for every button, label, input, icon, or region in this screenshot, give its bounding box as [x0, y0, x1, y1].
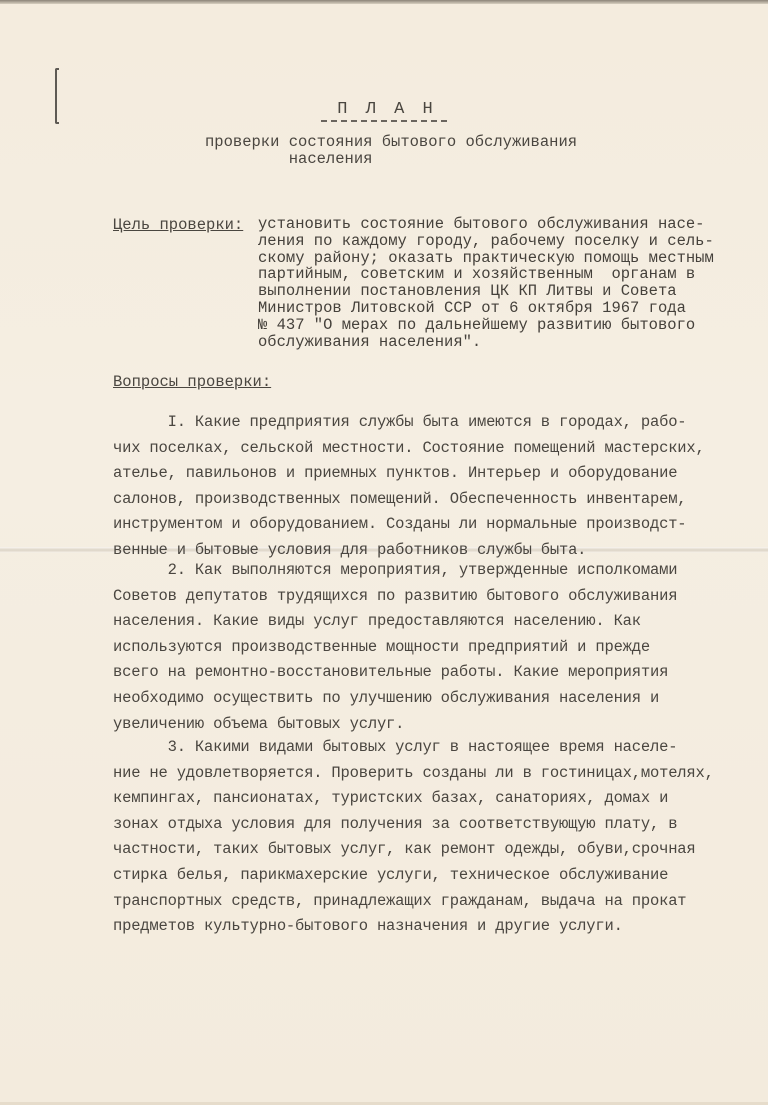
- goal-text: установить состояние бытового обслуживан…: [258, 216, 714, 350]
- document-subtitle: проверки состояния бытового обслуживания…: [205, 134, 577, 168]
- document-title: П Л А Н: [0, 100, 768, 119]
- page-top-edge: [0, 0, 768, 4]
- title-text: П Л А Н: [321, 100, 446, 122]
- question-item-2: 2. Как выполняются мероприятия, утвержде…: [113, 558, 677, 737]
- question-item-3: 3. Какими видами бытовых услуг в настоящ…: [113, 735, 714, 940]
- goal-label: Цель проверки:: [113, 216, 243, 234]
- question-item-1: I. Какие предприятия службы быта имеются…: [113, 410, 705, 564]
- questions-label: Вопросы проверки:: [113, 373, 271, 391]
- document-page: П Л А Н проверки состояния бытового обсл…: [0, 0, 768, 1105]
